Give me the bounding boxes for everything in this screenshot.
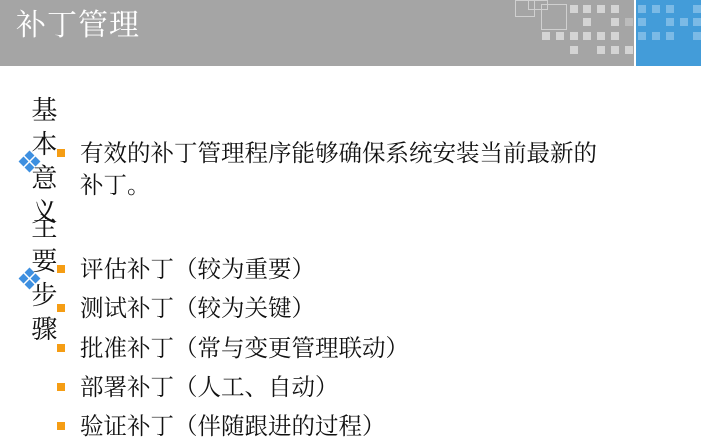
list-item-text: 评估补丁（较为重要） (80, 254, 315, 285)
decor-square (556, 32, 564, 40)
list-item-text: 有效的补丁管理程序能够确保系统安装当前最新的 (80, 138, 597, 169)
square-bullet-icon (57, 265, 65, 273)
decor-square (583, 18, 591, 26)
list-item-text: 测试补丁（较为关键） (80, 293, 315, 324)
decor-square (638, 32, 646, 40)
decor-square (666, 32, 674, 40)
decor-square (625, 18, 633, 26)
decor-square (597, 5, 605, 13)
decor-square (597, 46, 605, 54)
decor-square (693, 18, 701, 26)
decor-square (666, 18, 674, 26)
decor-square (666, 5, 674, 13)
accent-panel (636, 0, 701, 66)
decor-square (638, 5, 646, 13)
diamond-cluster-icon (18, 267, 27, 291)
decor-square (611, 32, 619, 40)
decor-square (570, 32, 578, 40)
square-bullet-icon (57, 422, 65, 430)
section-heading: 基本意义 (18, 94, 72, 230)
decor-square (583, 5, 591, 13)
decor-square (652, 5, 660, 13)
square-bullet-icon (57, 344, 65, 352)
decor-square (652, 32, 660, 40)
square-bullet-icon (57, 383, 65, 391)
decor-square (597, 32, 605, 40)
list-item-text: 部署补丁（人工、自动） (80, 372, 339, 403)
decor-square (542, 32, 550, 40)
slide-header: 补丁管理 (0, 0, 701, 66)
square-bullet-icon (57, 304, 65, 312)
diamond-cluster-icon (18, 150, 27, 174)
decor-square (570, 46, 578, 54)
decor-square (570, 5, 578, 13)
decor-square (680, 18, 688, 26)
decor-square (611, 46, 619, 54)
section-heading: 主要步骤 (18, 211, 72, 347)
list-item-text: 批准补丁（常与变更管理联动） (80, 333, 409, 364)
decor-outline-square (541, 4, 567, 30)
decor-square (625, 46, 633, 54)
slide-title: 补丁管理 (16, 6, 140, 46)
decor-square (611, 5, 619, 13)
decor-square (583, 32, 591, 40)
decor-square (638, 18, 646, 26)
list-item-text: 补丁。 (80, 170, 151, 201)
decor-square (693, 32, 701, 40)
list-item-text: 验证补丁（伴随跟进的过程） (80, 411, 386, 442)
decor-square (693, 5, 701, 13)
square-bullet-icon (57, 149, 65, 157)
decor-square (611, 18, 619, 26)
